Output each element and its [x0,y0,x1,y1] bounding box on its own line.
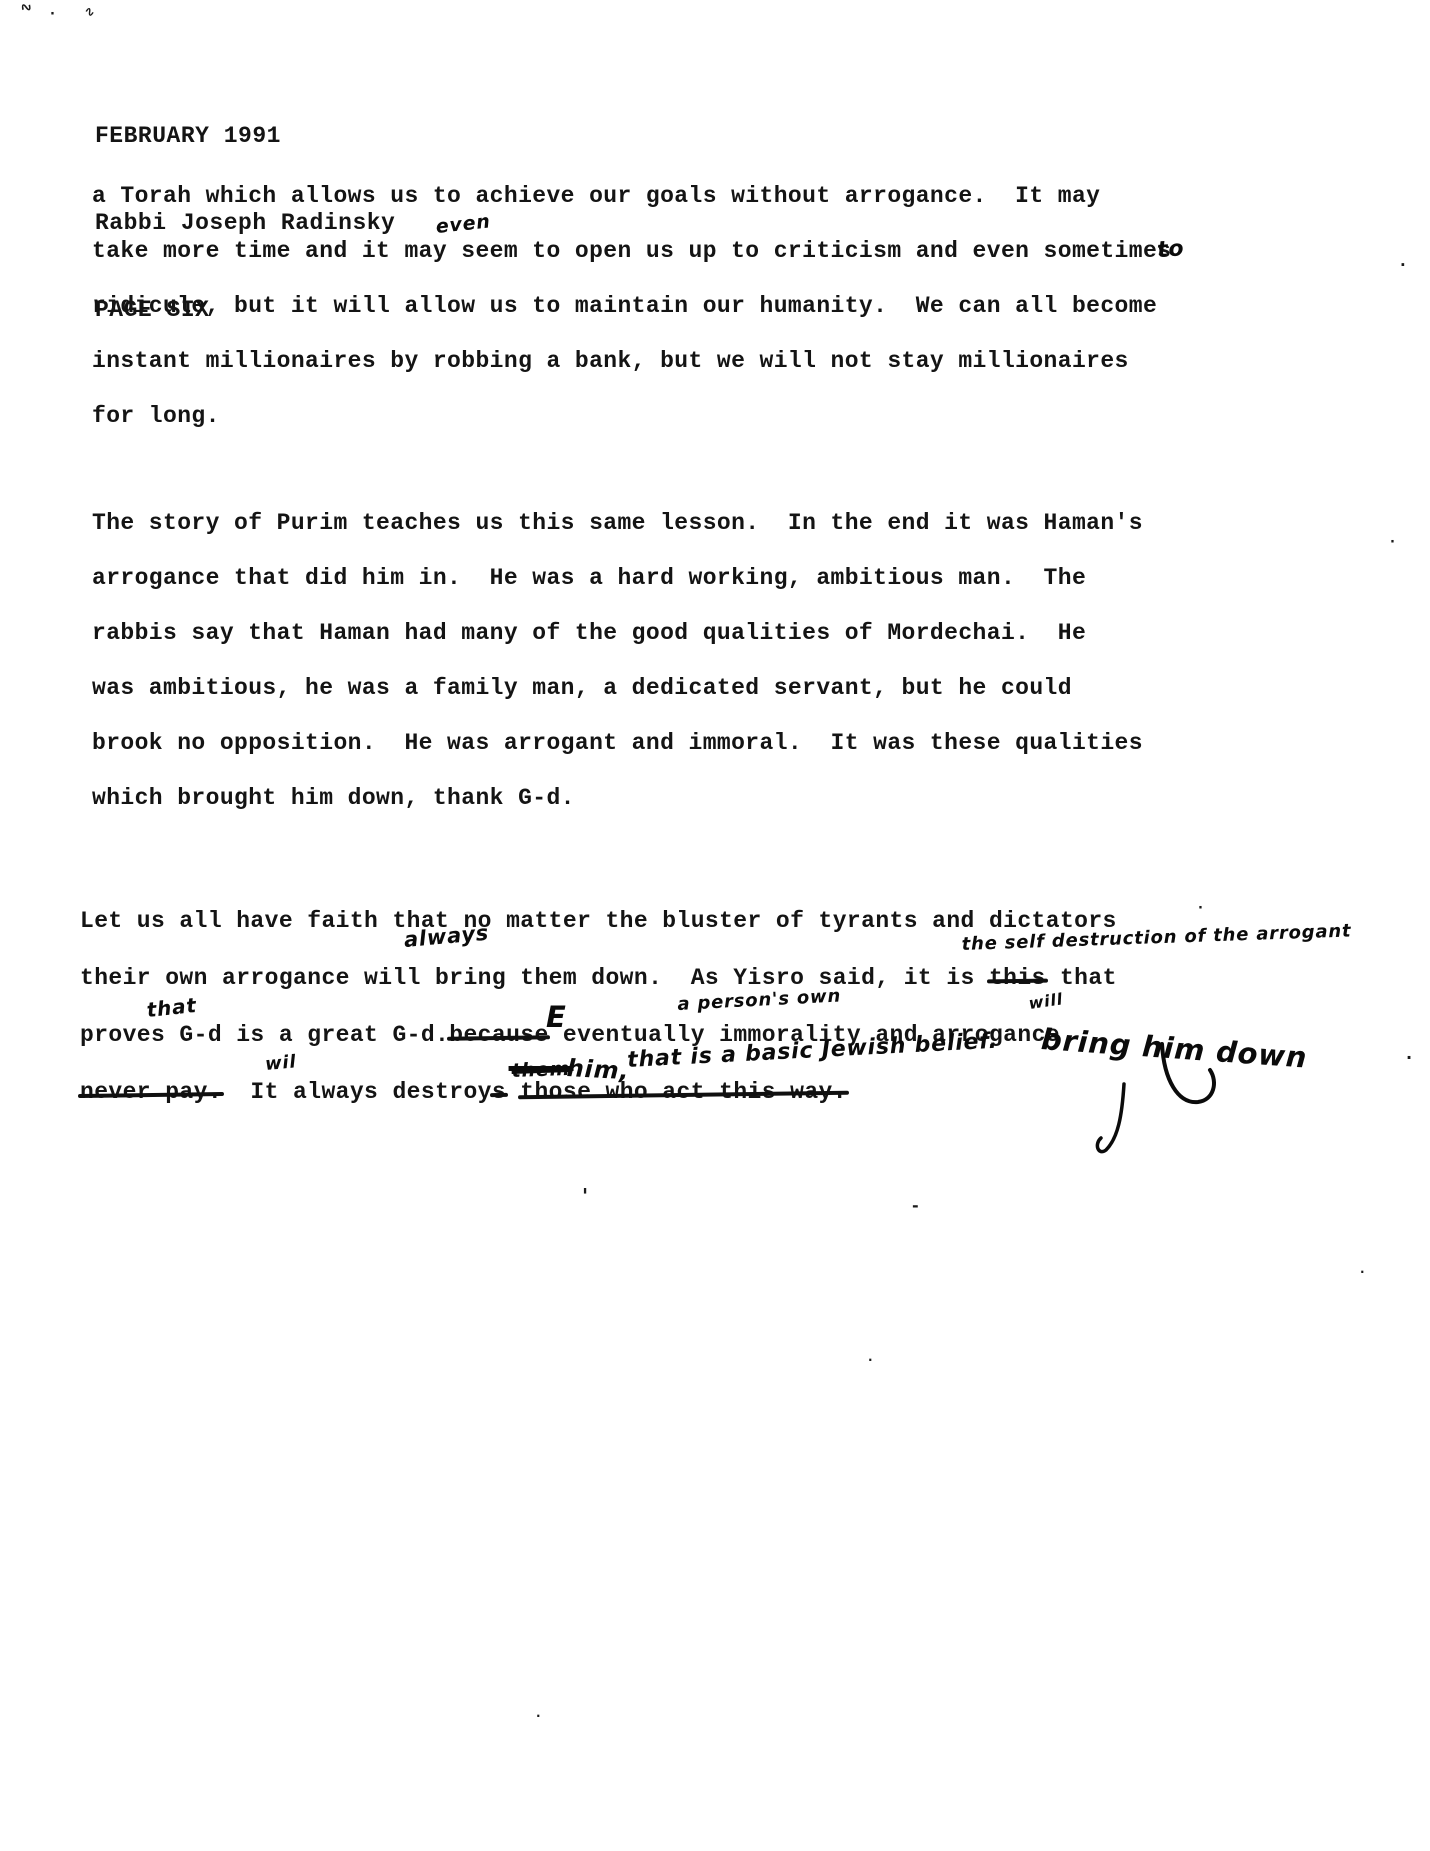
typed-text: ridicule, but it will allow us to mainta… [92,293,1157,319]
him-correction: him, [566,1054,630,1085]
typed-text: that [1046,965,1117,991]
typed-text: which brought him down, thank G-d. [92,785,575,811]
stray-mark: ∿ [82,5,97,21]
struck-text: s [492,1079,506,1105]
stray-mark: - [912,1198,919,1214]
wil-insert: wil [264,1051,297,1075]
typed-line: The story of Purim teaches us this same … [92,510,1143,536]
typed-text: arrogance that did him in. He was a hard… [92,565,1086,591]
typed-line: was ambitious, he was a family man, a de… [92,675,1072,701]
typed-line: instant millionaires by robbing a bank, … [92,348,1129,374]
typed-line: for long. [92,403,220,429]
to-insert: to [1156,236,1185,263]
typed-text: instant millionaires by robbing a bank, … [92,348,1129,374]
typed-text: a Torah which allows us to achieve our g… [92,183,1100,209]
typed-line: Let us all have faith that no matter the… [80,908,1117,934]
typed-text: Let us all have faith that no matter the… [80,908,1117,934]
even-insert: even [435,210,492,238]
struck-text: this [989,965,1046,991]
document-header: FEBRUARY 1991 Rabbi Joseph Radinsky PAGE… [95,64,395,383]
document-page: FEBRUARY 1991 Rabbi Joseph Radinsky PAGE… [0,0,1430,1851]
typed-line: their own arrogance will bring them down… [80,965,1117,991]
stray-mark: ∿ [17,0,35,17]
will-insert: will [1027,989,1064,1013]
typed-text [506,1079,520,1105]
stray-mark: · [1198,902,1203,915]
typed-text: proves G-d is a great G-d. [80,1022,449,1048]
stray-mark: · [1400,258,1406,273]
stray-mark: · [868,1354,873,1366]
stray-mark: · [536,1710,541,1722]
typed-text: for long. [92,403,220,429]
struck-text: never pay. [80,1079,222,1105]
typed-line: brook no opposition. He was arrogant and… [92,730,1143,756]
stray-mark: · [1390,536,1395,549]
typed-text: take more time and it may seem to open u… [92,238,1171,264]
header-date: FEBRUARY 1991 [95,122,395,151]
stray-mark: ' [582,1186,588,1206]
capital-e-overwrite: E [546,1000,567,1034]
typed-line: take more time and it may seem to open u… [92,238,1171,264]
typed-text: It always destroy [222,1079,492,1105]
stray-mark: · [1406,1050,1412,1066]
typed-text: The story of Purim teaches us this same … [92,510,1143,536]
typed-text: rabbis say that Haman had many of the go… [92,620,1086,646]
pen-stroke-tail [1092,1080,1134,1160]
them-scribble: them [511,1058,570,1082]
typed-line: ridicule, but it will allow us to mainta… [92,293,1157,319]
typed-line: which brought him down, thank G-d. [92,785,575,811]
typed-line: a Torah which allows us to achieve our g… [92,183,1100,209]
typed-text: their own arrogance will bring them down… [80,965,989,991]
stray-mark: · [50,8,55,21]
stray-mark: · [1360,1266,1365,1278]
typed-line: never pay. It always destroys those who … [80,1079,847,1105]
struck-text: because [449,1022,548,1048]
that-insert: that [145,993,197,1022]
typed-text: was ambitious, he was a family man, a de… [92,675,1072,701]
header-author: Rabbi Joseph Radinsky [95,209,395,238]
typed-line: arrogance that did him in. He was a hard… [92,565,1086,591]
typed-text: brook no opposition. He was arrogant and… [92,730,1143,756]
struck-text: those who act this way. [520,1079,847,1105]
typed-line: rabbis say that Haman had many of the go… [92,620,1086,646]
